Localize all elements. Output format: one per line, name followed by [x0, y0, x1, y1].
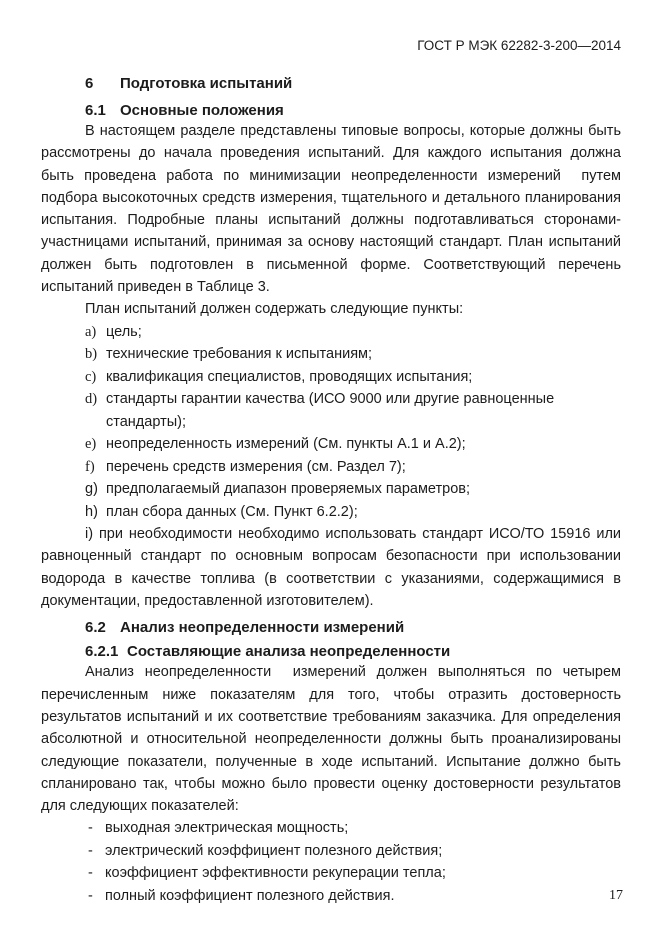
list-item: - электрический коэффициент полезного де…: [41, 840, 621, 863]
list-item-text: предполагаемый диапазон проверяемых пара…: [106, 478, 470, 501]
indicator-list: - выходная электрическая мощность; - эле…: [41, 817, 621, 907]
document-content: 6 Подготовка испытаний 6.1 Основные поло…: [0, 0, 662, 907]
list-item-text: коэффициент эффективности рекуперации те…: [105, 862, 446, 885]
list-item-text: план сбора данных (См. Пункт 6.2.2);: [106, 501, 358, 524]
list-marker: d): [85, 388, 106, 433]
list-item: a) цель;: [41, 321, 621, 344]
list-item-text: квалификация специалистов, проводящих ис…: [106, 366, 472, 389]
list-item-text: цель;: [106, 321, 142, 344]
section-heading-6-2-1: 6.2.1 Составляющие анализа неопределенно…: [41, 643, 621, 661]
list-item: - полный коэффициент полезного действия.: [41, 885, 621, 908]
section-heading-6-1: 6.1 Основные положения: [41, 102, 621, 120]
list-item: f) перечень средств измерения (см. Разде…: [41, 456, 621, 479]
dash-marker: -: [88, 817, 105, 840]
dash-marker: -: [88, 840, 105, 863]
list-item: d) стандарты гарантии качества (ИСО 9000…: [41, 388, 621, 433]
list-item-text: стандарты гарантии качества (ИСО 9000 ил…: [106, 388, 621, 433]
list-marker: h): [85, 501, 106, 524]
dash-marker: -: [88, 862, 105, 885]
list-marker: e): [85, 433, 106, 456]
list-item: h) план сбора данных (См. Пункт 6.2.2);: [41, 501, 621, 524]
list-item: b) технические требования к испытаниям;: [41, 343, 621, 366]
document-page: ГОСТ Р МЭК 62282-3-200—2014 6 Подготовка…: [0, 0, 662, 935]
section-heading-6: 6 Подготовка испытаний: [41, 75, 621, 93]
section-number: 6.2.1: [85, 643, 127, 661]
list-item-text: полный коэффициент полезного действия.: [105, 885, 394, 908]
section-title: Подготовка испытаний: [120, 75, 292, 93]
list-item: - коэффициент эффективности рекуперации …: [41, 862, 621, 885]
paragraph-plan-list-lead: План испытаний должен содержать следующи…: [41, 298, 621, 320]
section-heading-6-2: 6.2 Анализ неопределенности измерений: [41, 619, 621, 637]
list-marker: f): [85, 456, 106, 479]
section-title: Составляющие анализа неопределенности: [127, 643, 450, 661]
list-marker: c): [85, 366, 106, 389]
list-item: g) предполагаемый диапазон проверяемых п…: [41, 478, 621, 501]
list-marker: b): [85, 343, 106, 366]
dash-marker: -: [88, 885, 105, 908]
paragraph-intro: В настоящем разделе представлены типовые…: [41, 120, 621, 298]
page-number: 17: [609, 888, 623, 903]
test-plan-list: a) цель; b) технические требования к исп…: [41, 321, 621, 524]
list-marker: g): [85, 478, 106, 501]
paragraph-item-i: i) при необходимости необходимо использо…: [41, 523, 621, 612]
list-item: e) неопределенность измерений (См. пункт…: [41, 433, 621, 456]
section-title: Анализ неопределенности измерений: [120, 619, 404, 637]
list-item-text: выходная электрическая мощность;: [105, 817, 348, 840]
list-item-text: технические требования к испытаниям;: [106, 343, 372, 366]
list-item: c) квалификация специалистов, проводящих…: [41, 366, 621, 389]
list-item-text: перечень средств измерения (см. Раздел 7…: [106, 456, 406, 479]
paragraph-uncertainty: Анализ неопределенности измерений должен…: [41, 661, 621, 817]
section-number: 6.1: [85, 102, 120, 120]
document-header: ГОСТ Р МЭК 62282-3-200—2014: [417, 38, 621, 54]
section-number: 6.2: [85, 619, 120, 637]
list-marker: a): [85, 321, 106, 344]
section-title: Основные положения: [120, 102, 284, 120]
list-item-text: электрический коэффициент полезного дейс…: [105, 840, 442, 863]
section-number: 6: [85, 75, 120, 93]
list-item: - выходная электрическая мощность;: [41, 817, 621, 840]
list-item-text: неопределенность измерений (См. пункты А…: [106, 433, 466, 456]
